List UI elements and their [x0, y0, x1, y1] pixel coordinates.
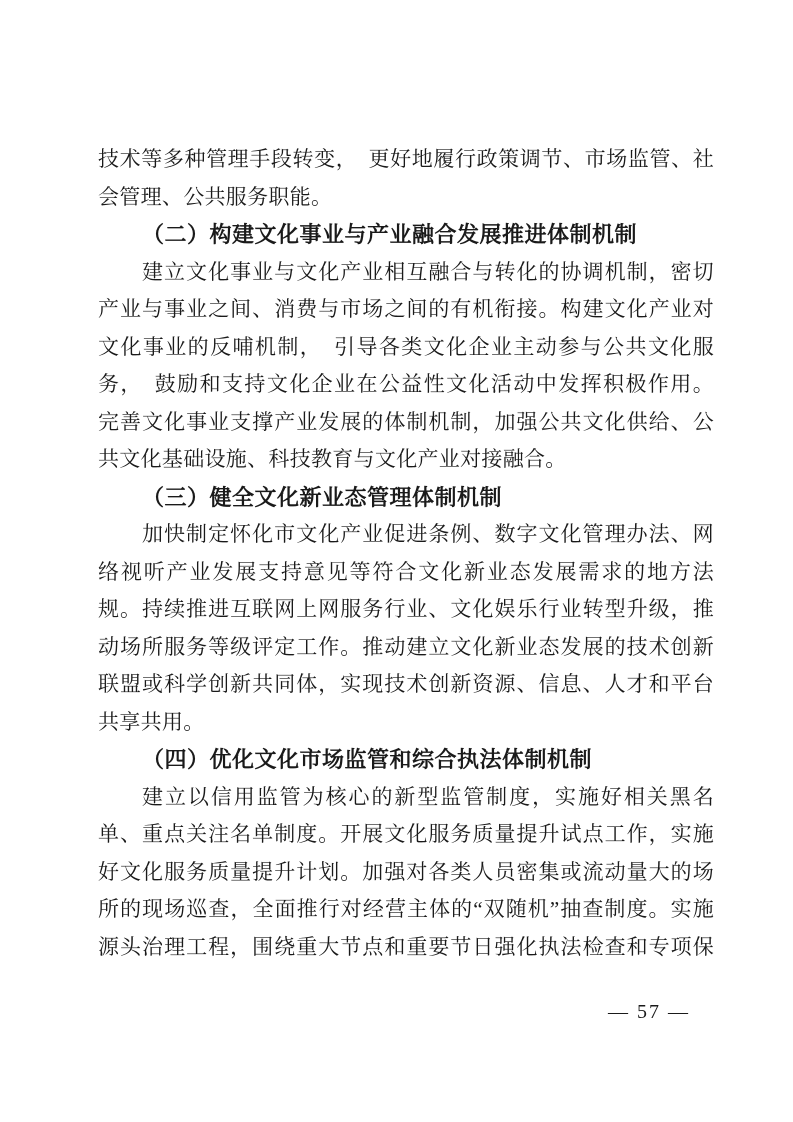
- document-page: 技术等多种管理手段转变， 更好地履行政策调节、市场监管、社会管理、公共服务职能。…: [0, 0, 793, 1122]
- section-heading: （四）优化文化市场监管和综合执法体制机制: [98, 741, 714, 779]
- text-line: 建立以信用监管为核心的新型监管制度，实施好相关黑名: [98, 779, 714, 817]
- text-line: 加快制定怀化市文化产业促进条例、数字文化管理办法、网: [98, 516, 714, 554]
- text-line: 联盟或科学创新共同体，实现技术创新资源、信息、人才和平台: [98, 666, 714, 704]
- text-line: 源头治理工程，围绕重大节点和重要节日强化执法检查和专项保: [98, 929, 714, 967]
- text-line: 技术等多种管理手段转变， 更好地履行政策调节、市场监管、社: [98, 141, 714, 179]
- text-line: 好文化服务质量提升计划。加强对各类人员密集或流动量大的场: [98, 854, 714, 892]
- section-heading: （二）构建文化事业与产业融合发展推进体制机制: [98, 216, 714, 254]
- text-line: 完善文化事业支撑产业发展的体制机制，加强公共文化供给、公: [98, 404, 714, 442]
- text-line: 产业与事业之间、消费与市场之间的有机衔接。构建文化产业对: [98, 291, 714, 329]
- text-line: 络视听产业发展支持意见等符合文化新业态发展需求的地方法: [98, 554, 714, 592]
- text-line: 共文化基础设施、科技教育与文化产业对接融合。: [98, 441, 714, 479]
- page-number: — 57 —: [608, 1001, 690, 1024]
- text-line: 会管理、公共服务职能。: [98, 179, 714, 217]
- text-line: 共享共用。: [98, 704, 714, 742]
- text-block: 技术等多种管理手段转变， 更好地履行政策调节、市场监管、社会管理、公共服务职能。…: [98, 141, 714, 966]
- text-line: 动场所服务等级评定工作。推动建立文化新业态发展的技术创新: [98, 629, 714, 667]
- text-line: 单、重点关注名单制度。开展文化服务质量提升试点工作，实施: [98, 816, 714, 854]
- section-heading: （三）健全文化新业态管理体制机制: [98, 479, 714, 517]
- text-line: 所的现场巡查，全面推行对经营主体的“双随机”抽查制度。实施: [98, 891, 714, 929]
- text-line: 文化事业的反哺机制， 引导各类文化企业主动参与公共文化服: [98, 329, 714, 367]
- text-line: 务， 鼓励和支持文化企业在公益性文化活动中发挥积极作用。: [98, 366, 714, 404]
- text-line: 规。持续推进互联网上网服务行业、文化娱乐行业转型升级，推: [98, 591, 714, 629]
- text-line: 建立文化事业与文化产业相互融合与转化的协调机制，密切: [98, 254, 714, 292]
